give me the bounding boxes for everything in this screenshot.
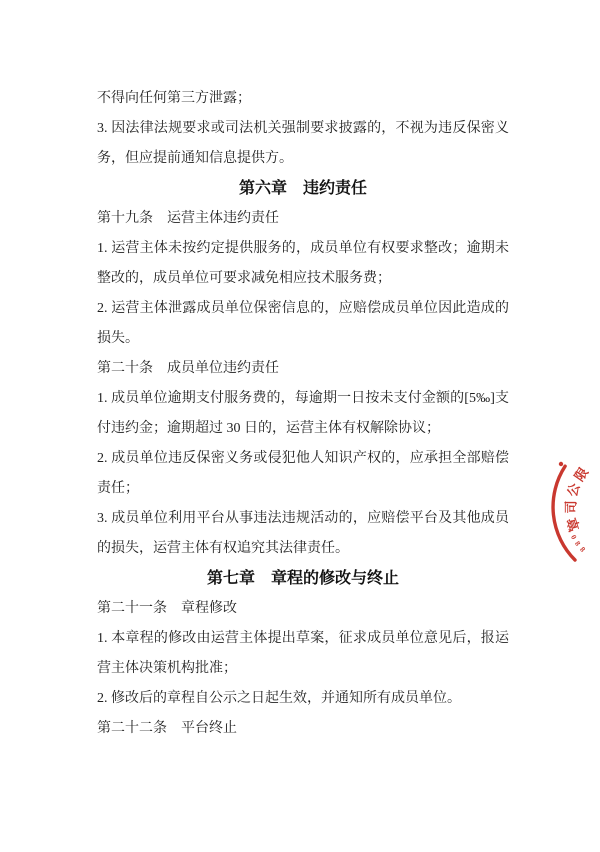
paragraph: 3. 因法律法规要求或司法机关强制要求披露的，不视为违反保密义务，但应提前通知信… bbox=[97, 114, 509, 174]
paragraph: 第十九条 运营主体违约责任 bbox=[97, 204, 509, 234]
paragraph: 2. 运营主体泄露成员单位保密信息的，应赔偿成员单位因此造成的损失。 bbox=[97, 294, 509, 354]
paragraph: 第二十二条 平台终止 bbox=[97, 714, 509, 744]
seal-number-digit: 8 bbox=[578, 545, 587, 554]
paragraph: 3. 成员单位利用平台从事违法违规活动的，应赔偿平台及其他成员的损失，运营主体有… bbox=[97, 504, 509, 564]
paragraph: 1. 运营主体未按约定提供服务的，成员单位有权要求整改；逾期未整改的，成员单位可… bbox=[97, 234, 509, 294]
document-page: 不得向任何第三方泄露；3. 因法律法规要求或司法机关强制要求披露的，不视为违反保… bbox=[0, 0, 600, 852]
seal-number-digit: 0 bbox=[569, 533, 579, 541]
seal-arc-char: 公 bbox=[564, 480, 583, 498]
paragraph: 不得向任何第三方泄露； bbox=[97, 84, 509, 114]
seal-arc-char: 章 bbox=[564, 516, 582, 533]
paragraph: 2. 成员单位违反保密义务或侵犯他人知识产权的，应承担全部赔偿责任； bbox=[97, 444, 509, 504]
chapter-heading: 第七章 章程的修改与终止 bbox=[97, 564, 509, 594]
chapter-heading: 第六章 违约责任 bbox=[97, 174, 509, 204]
paragraph: 第二十一条 章程修改 bbox=[97, 594, 509, 624]
seal-arc-char: 司 bbox=[564, 500, 579, 513]
paragraph: 第二十条 成员单位违约责任 bbox=[97, 354, 509, 384]
paragraph: 2. 修改后的章程自公示之日起生效，并通知所有成员单位。 bbox=[97, 684, 509, 714]
seal-arc-char: 限 bbox=[571, 465, 591, 484]
seal-ring-arc bbox=[553, 466, 575, 560]
paragraph: 1. 成员单位逾期支付服务费的，每逾期一日按未支付金额的[5‰]支付违约金；逾期… bbox=[97, 384, 509, 444]
document-body: 不得向任何第三方泄露；3. 因法律法规要求或司法机关强制要求披露的，不视为违反保… bbox=[97, 84, 509, 744]
seal-number-digit: 8 bbox=[573, 539, 583, 548]
seal-ink-dot bbox=[559, 462, 563, 466]
company-seal-stamp: 限公司章 4088 bbox=[540, 425, 600, 590]
paragraph: 1. 本章程的修改由运营主体提出草案，征求成员单位意见后，报运营主体决策机构批准… bbox=[97, 624, 509, 684]
seal-name-characters: 限公司章 bbox=[564, 465, 592, 533]
seal-number-digits: 4088 bbox=[566, 527, 588, 554]
seal-number-digit: 4 bbox=[566, 527, 576, 534]
